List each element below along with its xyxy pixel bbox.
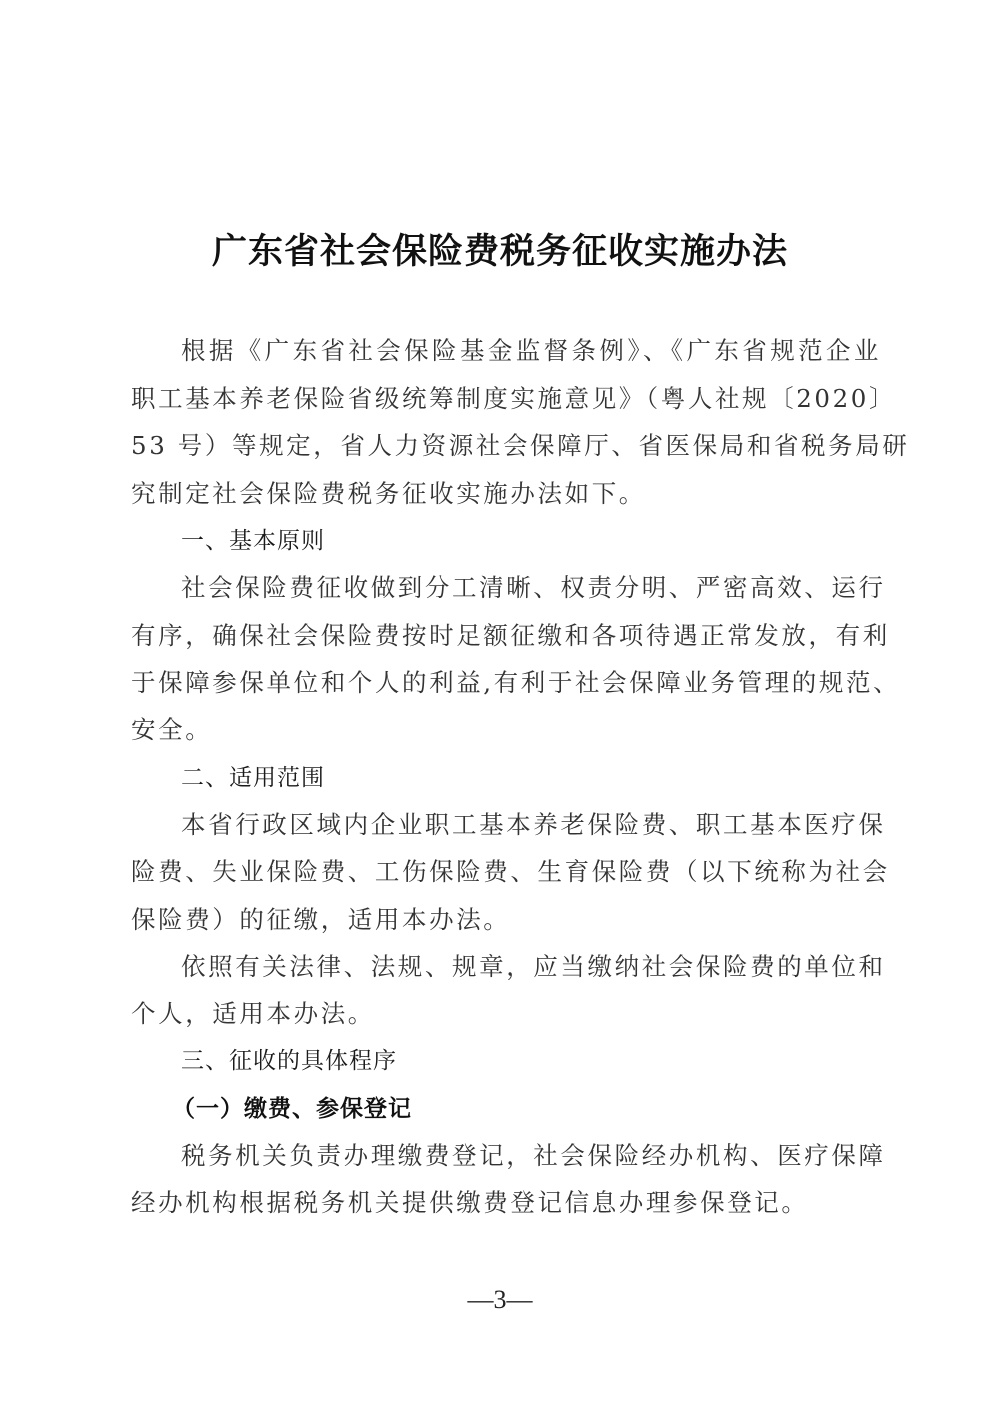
subsection-heading: （一）缴费、参保登记 bbox=[172, 1091, 922, 1127]
section-heading: 二、适用范围 bbox=[181, 760, 881, 796]
paragraph-line: 社会保险费征收做到分工清晰、权责分明、严密高效、运行 bbox=[181, 570, 881, 606]
intro-line: 究制定社会保险费税务征收实施办法如下。 bbox=[131, 476, 881, 512]
paragraph-line: 险费、失业保险费、工伤保险费、生育保险费（以下统称为社会 bbox=[131, 854, 881, 890]
paragraph-line: 安全。 bbox=[131, 712, 881, 748]
paragraph-line: 经办机构根据税务机关提供缴费登记信息办理参保登记。 bbox=[131, 1185, 881, 1221]
paragraph-line: 于保障参保单位和个人的利益,有利于社会保障业务管理的规范、 bbox=[131, 665, 881, 701]
paragraph-line: 有序，确保社会保险费按时足额征缴和各项待遇正常发放，有利 bbox=[131, 618, 881, 654]
document-title: 广东省社会保险费税务征收实施办法 bbox=[0, 224, 1000, 274]
paragraph-line: 本省行政区域内企业职工基本养老保险费、职工基本医疗保 bbox=[181, 807, 881, 843]
intro-line: 53 号）等规定，省人力资源社会保障厅、省医保局和省税务局研 bbox=[131, 428, 881, 464]
paragraph-line: 依照有关法律、法规、规章，应当缴纳社会保险费的单位和 bbox=[181, 949, 881, 985]
page-number: —3— bbox=[0, 1285, 1000, 1315]
section-heading: 一、基本原则 bbox=[181, 523, 881, 559]
paragraph-line: 个人，适用本办法。 bbox=[131, 996, 881, 1032]
paragraph-line: 税务机关负责办理缴费登记，社会保险经办机构、医疗保障 bbox=[181, 1138, 881, 1174]
intro-line: 职工基本养老保险省级统筹制度实施意见》（粤人社规〔2020〕 bbox=[131, 381, 881, 417]
section-heading: 三、征收的具体程序 bbox=[181, 1043, 881, 1079]
intro-line: 根据《广东省社会保险基金监督条例》、《广东省规范企业 bbox=[181, 333, 881, 369]
paragraph-line: 保险费）的征缴，适用本办法。 bbox=[131, 902, 881, 938]
